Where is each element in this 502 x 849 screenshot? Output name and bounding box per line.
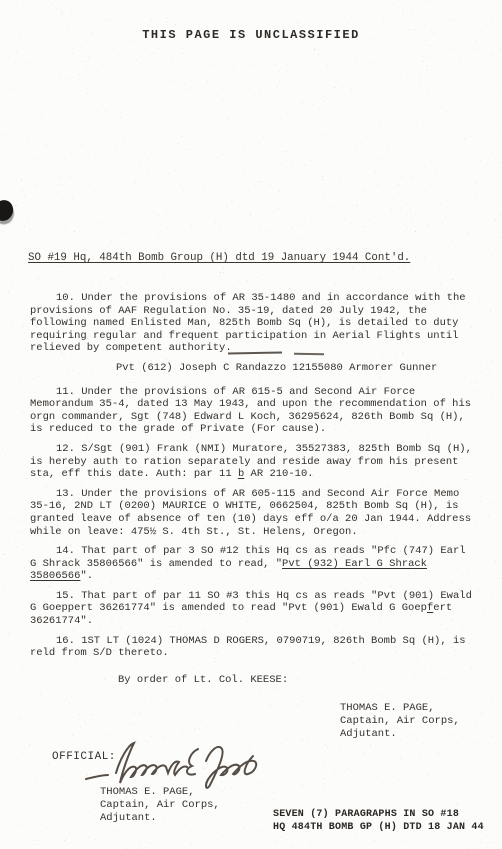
official-rank: Captain, Air Corps,: [100, 799, 220, 812]
classification-banner: THIS PAGE IS UNCLASSIFIED: [0, 28, 502, 42]
official-signature-block: THOMAS E. PAGE, Captain, Air Corps, Adju…: [100, 786, 220, 825]
stamp-line-2: HQ 484TH BOMB GP (H) DTD 18 JAN 44: [273, 822, 484, 835]
official-title: Adjutant.: [100, 812, 220, 825]
adjutant-title: Adjutant.: [340, 728, 460, 741]
adjutant-rank: Captain, Air Corps,: [340, 715, 460, 728]
ink-smudge: [0, 198, 16, 224]
official-name: THOMAS E. PAGE,: [100, 786, 220, 799]
paragraph-12-tail: AR 210-10.: [244, 468, 313, 480]
paragraph-16: 16. 1ST LT (1024) THOMAS D ROGERS, 07907…: [30, 635, 478, 660]
order-continuation-header: SO #19 Hq, 484th Bomb Group (H) dtd 19 J…: [28, 252, 410, 264]
paragraph-count-stamp: SEVEN (7) PARAGRAPHS IN SO #18 HQ 484TH …: [273, 809, 484, 834]
paragraph-11: 11. Under the provisions of AR 615-5 and…: [30, 386, 478, 436]
by-order-line: By order of Lt. Col. KEESE:: [30, 674, 478, 687]
official-label: OFFICIAL:: [52, 751, 116, 763]
paragraph-12: 12. S/Sgt (901) Frank (NMI) Muratore, 35…: [30, 443, 478, 481]
paragraph-15-text: 15. That part of par 11 SO #3 this Hq cs…: [30, 590, 472, 615]
paragraph-14-tail: ".: [80, 570, 93, 582]
stamp-line-1: SEVEN (7) PARAGRAPHS IN SO #18: [273, 809, 484, 822]
paragraph-10: 10. Under the provisions of AR 35-1480 a…: [30, 292, 478, 355]
adjutant-signature-block: THOMAS E. PAGE, Captain, Air Corps, Adju…: [340, 702, 460, 741]
paragraph-15: 15. That part of par 11 SO #3 this Hq cs…: [30, 590, 478, 628]
paragraph-13: 13. Under the provisions of AR 605-115 a…: [30, 488, 478, 538]
paragraph-14: 14. That part of par 3 SO #12 this Hq cs…: [30, 545, 478, 583]
scanned-document-page: THIS PAGE IS UNCLASSIFIED SO #19 Hq, 484…: [0, 0, 502, 849]
adjutant-name: THOMAS E. PAGE,: [340, 702, 460, 715]
detail-line-randazzo: Pvt (612) Joseph C Randazzo 12155080 Arm…: [30, 362, 478, 375]
